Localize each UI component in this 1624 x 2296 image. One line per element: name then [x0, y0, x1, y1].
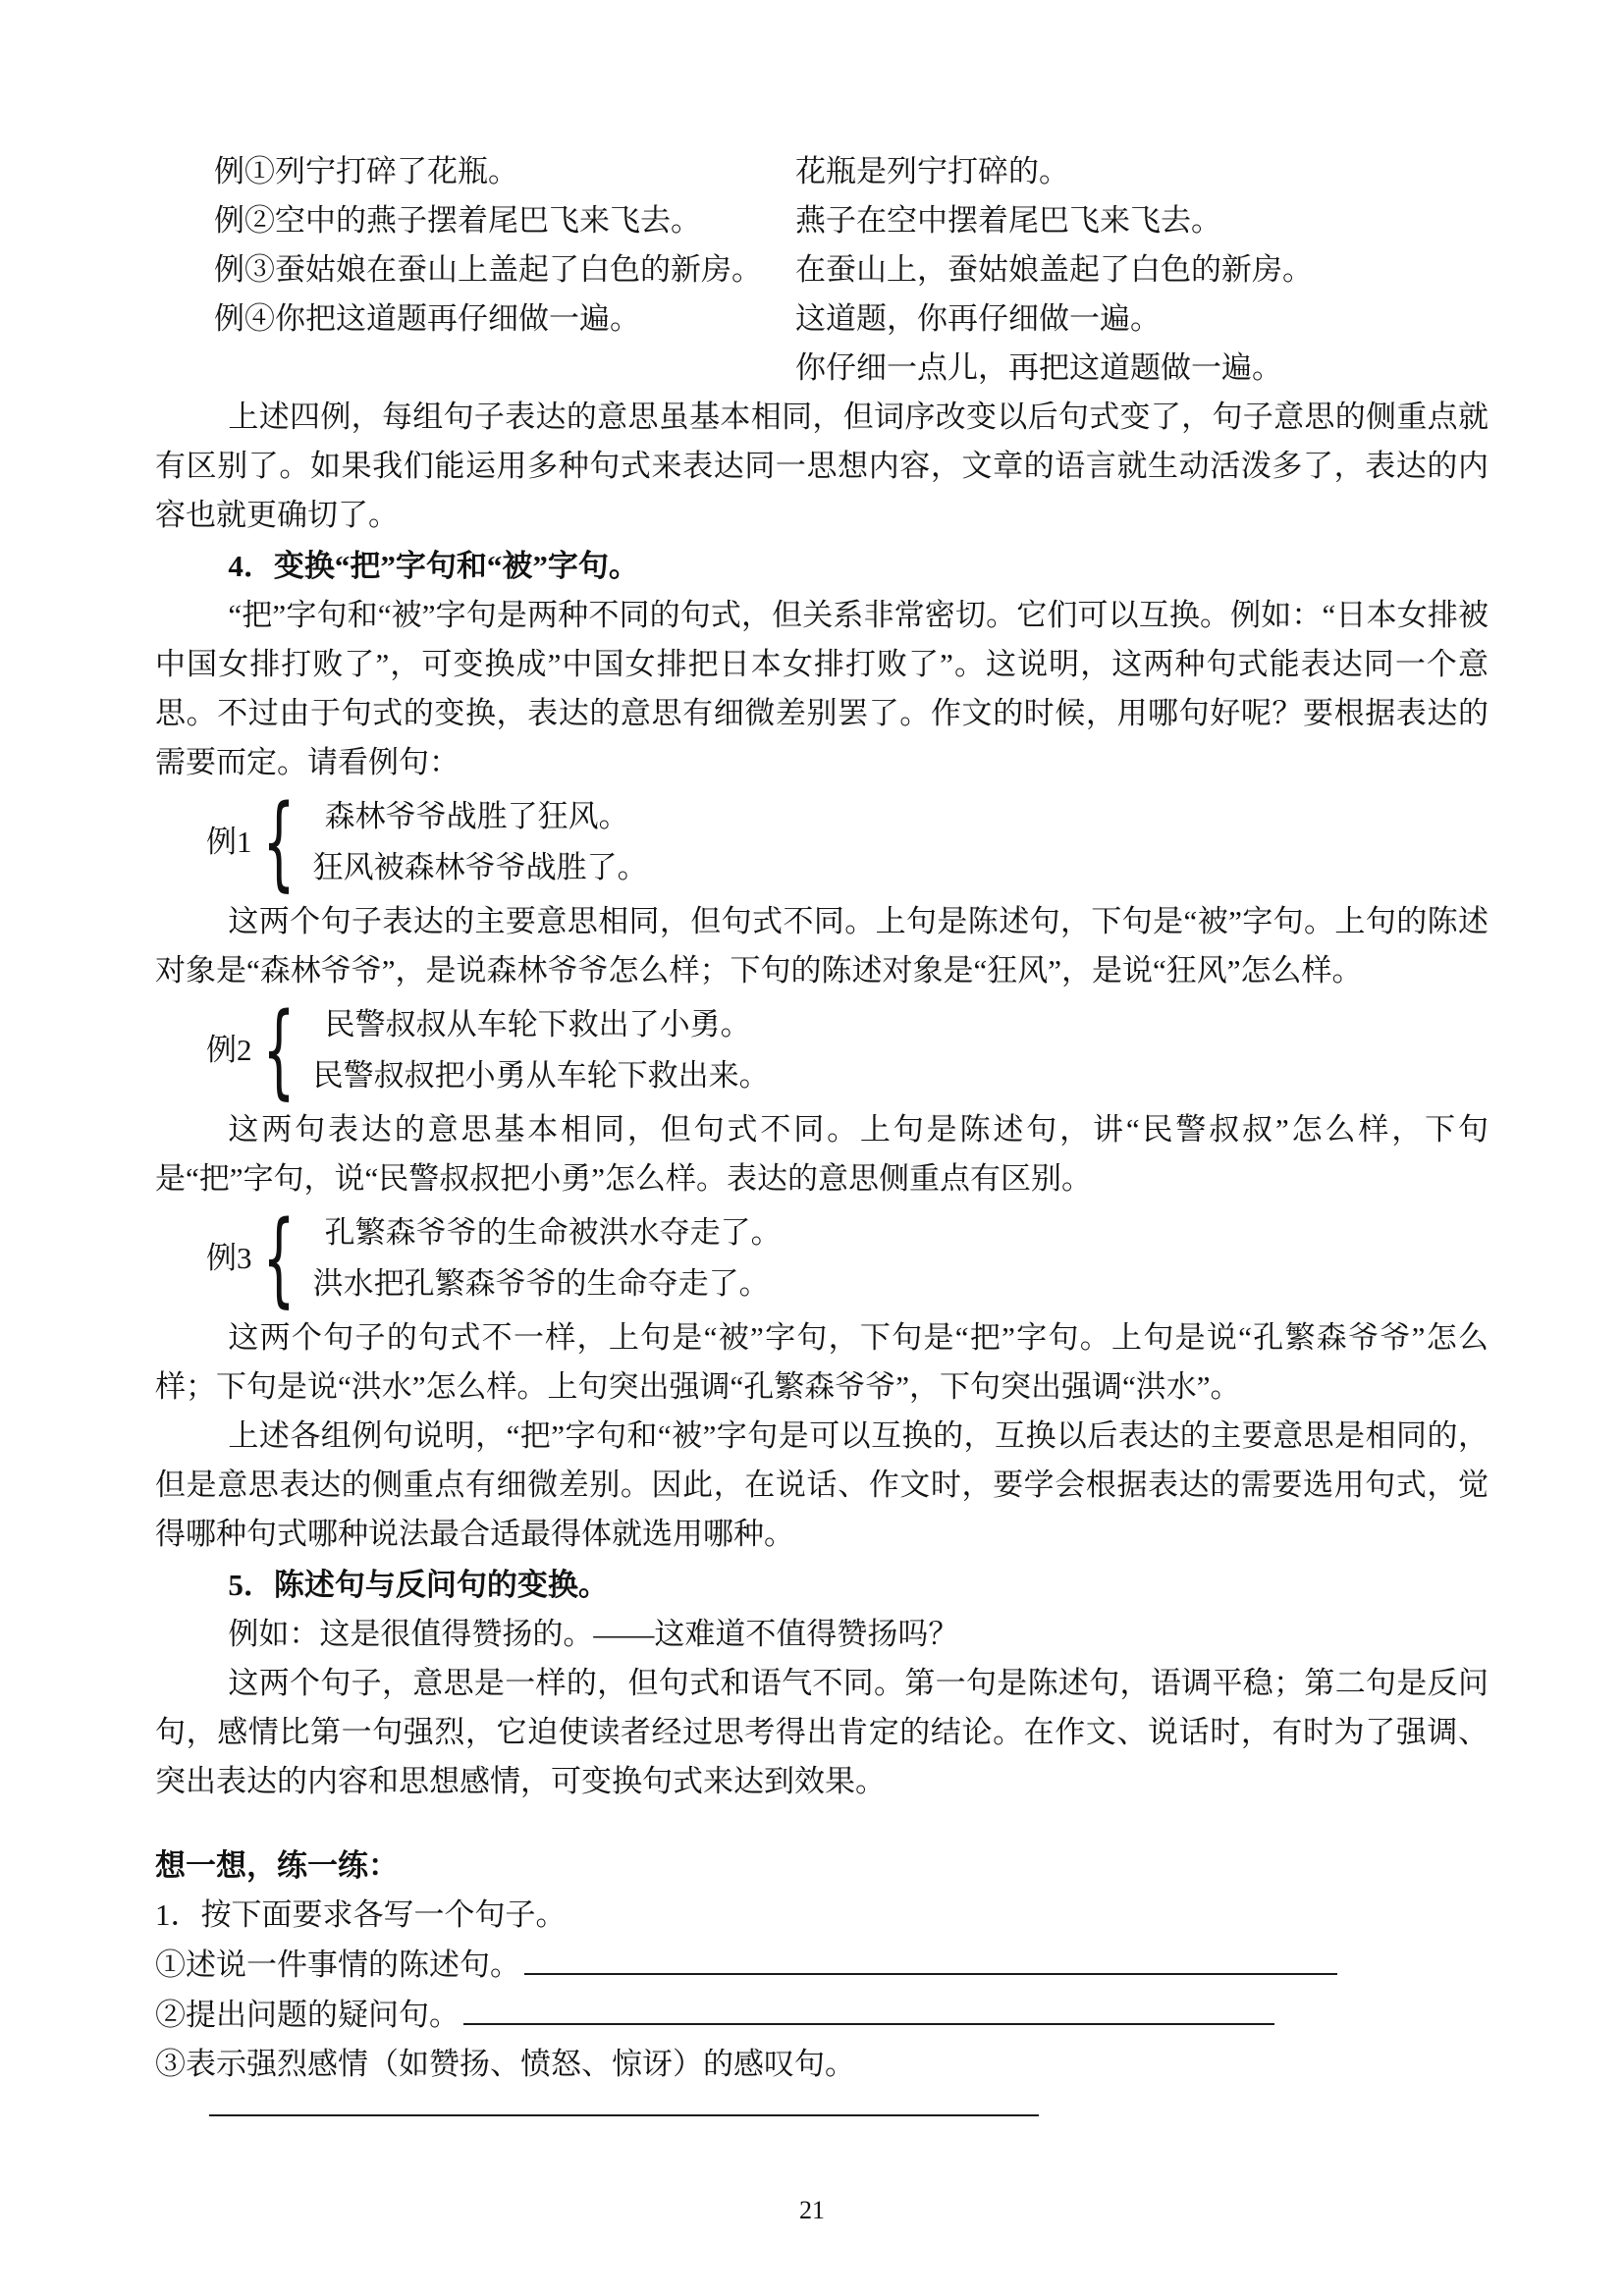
brace-glyph: { [262, 999, 295, 1101]
example-pair-row: 你仔细一点儿，再把这道题做一遍。 [155, 344, 1489, 393]
example-pair-row: 例②空中的燕子摆着尾巴飞来飞去。 燕子在空中摆着尾巴飞来飞去。 [155, 196, 1489, 245]
example-line-1: 森林爷爷战胜了狂风。 [313, 791, 648, 842]
practice-sub-2-label: ②提出问题的疑问句。 [155, 1998, 460, 2032]
section4-intro: “把”字句和“被”字句是两种不同的句式，但关系非常密切。它们可以互换。例如：“日… [155, 591, 1489, 787]
example-line-1: 孔繁森爷爷的生命被洪水夺走了。 [313, 1207, 782, 1258]
pair-sentence-left: 例①列宁打碎了花瓶。 [214, 147, 795, 196]
answer-blank-3 [209, 2112, 1039, 2116]
pair-sentence-left: 例③蚕姑娘在蚕山上盖起了白色的新房。 [214, 245, 795, 294]
example-comment-1: 这两个句子表达的主要意思相同，但句式不同。上句是陈述句，下句是“被”字句。上句的… [155, 897, 1489, 995]
example-label: 例3 [206, 1234, 252, 1283]
practice-sub-2: ②提出问题的疑问句。 [155, 1990, 1489, 2040]
pair-sentence-right: 燕子在空中摆着尾巴飞来飞去。 [795, 196, 1489, 245]
brace-example-1: 例1 { 森林爷爷战胜了狂风。 狂风被森林爷爷战胜了。 [206, 791, 1489, 893]
answer-blank-2 [463, 1990, 1274, 2025]
brace-glyph: { [262, 1207, 295, 1309]
pair-sentence-right: 你仔细一点儿，再把这道题做一遍。 [795, 344, 1489, 393]
example-line-1: 民警叔叔从车轮下救出了小勇。 [313, 999, 770, 1050]
document-page: 例①列宁打碎了花瓶。 花瓶是列宁打碎的。 例②空中的燕子摆着尾巴飞来飞去。 燕子… [0, 0, 1624, 2296]
section5-heading: 5．陈述句与反问句的变换。 [155, 1561, 1489, 1610]
example-line-2: 民警叔叔把小勇从车轮下救出来。 [313, 1050, 770, 1101]
example-pairs-block: 例①列宁打碎了花瓶。 花瓶是列宁打碎的。 例②空中的燕子摆着尾巴飞来飞去。 燕子… [155, 147, 1489, 393]
practice-sub-1-label: ①述说一件事情的陈述句。 [155, 1948, 520, 1982]
practice-sub-1: ①述说一件事情的陈述句。 [155, 1940, 1489, 1990]
example-label: 例2 [206, 1026, 252, 1075]
pair-sentence-right: 这道题，你再仔细做一遍。 [795, 294, 1489, 344]
section5-example: 例如：这是很值得赞扬的。——这难道不值得赞扬吗？ [155, 1610, 1489, 1659]
pair-sentence-right: 花瓶是列宁打碎的。 [795, 147, 1489, 196]
brace-glyph: { [262, 791, 295, 893]
answer-blank-1 [524, 1940, 1337, 1975]
example-pair-row: 例①列宁打碎了花瓶。 花瓶是列宁打碎的。 [155, 147, 1489, 196]
section4-conclusion: 上述各组例句说明，“把”字句和“被”字句是可以互换的，互换以后表达的主要意思是相… [155, 1412, 1489, 1559]
example-pair-row: 例③蚕姑娘在蚕山上盖起了白色的新房。 在蚕山上，蚕姑娘盖起了白色的新房。 [155, 245, 1489, 294]
practice-sub-3: ③表示强烈感情（如赞扬、愤怒、惊讶）的感叹句。 [155, 2040, 1489, 2089]
page-number: 21 [0, 2196, 1624, 2225]
example-line-2: 洪水把孔繁森爷爷的生命夺走了。 [313, 1258, 782, 1309]
brace-example-3: 例3 { 孔繁森爷爷的生命被洪水夺走了。 洪水把孔繁森爷爷的生命夺走了。 [206, 1207, 1489, 1309]
section4-heading: 4．变换“把”字句和“被”字句。 [155, 542, 1489, 591]
practice-item-1: 1．按下面要求各写一个句子。 [155, 1891, 1489, 1940]
pair-sentence-right: 在蚕山上，蚕姑娘盖起了白色的新房。 [795, 245, 1489, 294]
practice-heading: 想一想，练一练： [155, 1842, 1489, 1891]
pair-sentence-left: 例②空中的燕子摆着尾巴飞来飞去。 [214, 196, 795, 245]
example-sentences: 民警叔叔从车轮下救出了小勇。 民警叔叔把小勇从车轮下救出来。 [313, 999, 770, 1101]
section5-comment: 这两个句子，意思是一样的，但句式和语气不同。第一句是陈述句，语调平稳；第二句是反… [155, 1659, 1489, 1806]
example-label: 例1 [206, 818, 252, 867]
pair-sentence-left: 例④你把这道题再仔细做一遍。 [214, 294, 795, 344]
example-pair-row: 例④你把这道题再仔细做一遍。 这道题，你再仔细做一遍。 [155, 294, 1489, 344]
paragraph-summary: 上述四例，每组句子表达的意思虽基本相同，但词序改变以后句式变了，句子意思的侧重点… [155, 393, 1489, 540]
practice-sub-3-label: ③表示强烈感情（如赞扬、愤怒、惊讶）的感叹句。 [155, 2047, 855, 2081]
brace-example-2: 例2 { 民警叔叔从车轮下救出了小勇。 民警叔叔把小勇从车轮下救出来。 [206, 999, 1489, 1101]
pair-sentence-left [214, 344, 795, 393]
example-sentences: 森林爷爷战胜了狂风。 狂风被森林爷爷战胜了。 [313, 791, 648, 893]
example-comment-3: 这两个句子的句式不一样，上句是“被”字句，下句是“把”字句。上句是说“孔繁森爷爷… [155, 1313, 1489, 1412]
example-line-2: 狂风被森林爷爷战胜了。 [313, 842, 648, 893]
example-sentences: 孔繁森爷爷的生命被洪水夺走了。 洪水把孔繁森爷爷的生命夺走了。 [313, 1207, 782, 1309]
example-comment-2: 这两句表达的意思基本相同，但句式不同。上句是陈述句，讲“民警叔叔”怎么样，下句是… [155, 1105, 1489, 1203]
